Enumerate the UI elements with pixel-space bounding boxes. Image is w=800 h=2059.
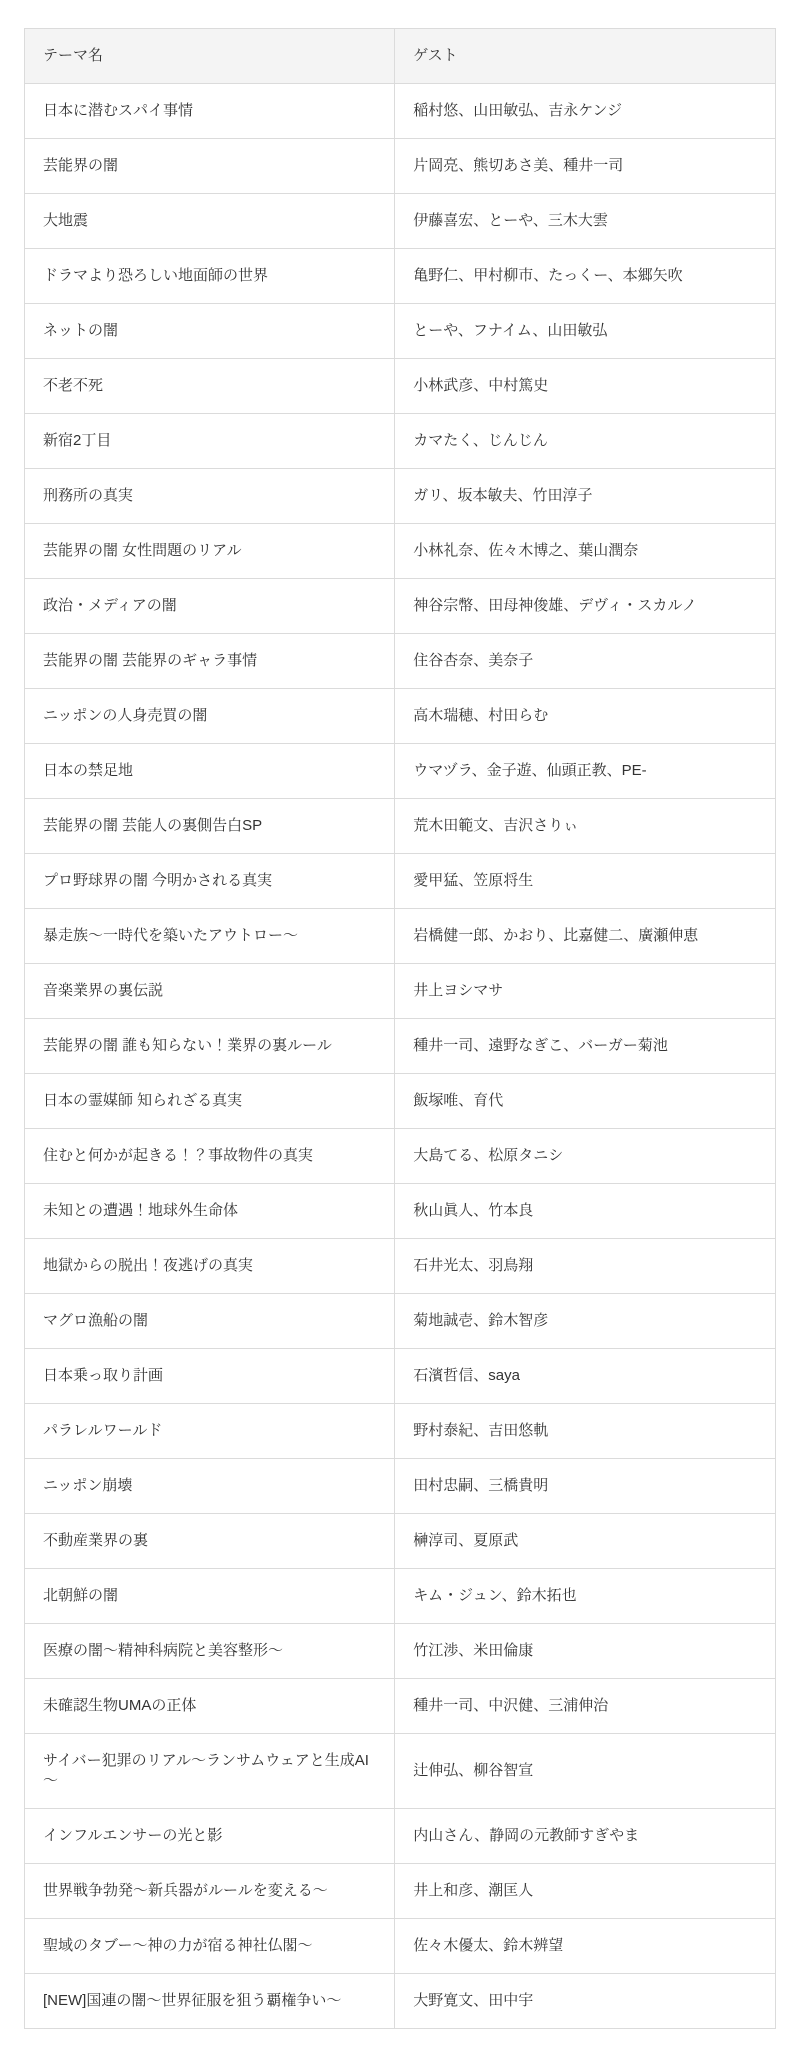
guest-cell: 飯塚唯、育代 [395, 1074, 776, 1129]
guest-cell: 大島てる、松原タニシ [395, 1129, 776, 1184]
guest-cell: 住谷杏奈、美奈子 [395, 634, 776, 689]
table-row: ニッポン崩壊 田村忠嗣、三橋貴明 [25, 1459, 776, 1514]
theme-cell: 日本に潜むスパイ事情 [25, 84, 395, 139]
guest-cell: とーや、フナイム、山田敏弘 [395, 304, 776, 359]
table-row: 聖域のタブー～神の力が宿る神社仏閣～ 佐々木優太、鈴木辨望 [25, 1919, 776, 1974]
table-container: テーマ名 ゲスト 日本に潜むスパイ事情 稲村悠、山田敏弘、吉永ケンジ 芸能界の闇… [0, 0, 800, 2059]
theme-cell: 聖域のタブー～神の力が宿る神社仏閣～ [25, 1919, 395, 1974]
guest-cell: 菊地誠壱、鈴木智彦 [395, 1294, 776, 1349]
guest-cell: 岩橋健一郎、かおり、比嘉健二、廣瀬伸恵 [395, 909, 776, 964]
guest-cell: 佐々木優太、鈴木辨望 [395, 1919, 776, 1974]
theme-cell: ドラマより恐ろしい地面師の世界 [25, 249, 395, 304]
table-row: 大地震 伊藤喜宏、とーや、三木大雲 [25, 194, 776, 249]
guest-cell: 辻伸弘、柳谷智宣 [395, 1734, 776, 1809]
theme-cell: 芸能界の闇 誰も知らない！業界の裏ルール [25, 1019, 395, 1074]
theme-cell: 日本の霊媒師 知られざる真実 [25, 1074, 395, 1129]
episode-table-header: テーマ名 ゲスト [25, 29, 776, 84]
table-row: インフルエンサーの光と影 内山さん、静岡の元教師すぎやま [25, 1809, 776, 1864]
theme-cell: 住むと何かが起きる！？事故物件の真実 [25, 1129, 395, 1184]
theme-cell: 未知との遭遇！地球外生命体 [25, 1184, 395, 1239]
guest-cell: 種井一司、遠野なぎこ、バーガー菊池 [395, 1019, 776, 1074]
guest-cell: 秋山眞人、竹本良 [395, 1184, 776, 1239]
guest-cell: 神谷宗幣、田母神俊雄、デヴィ・スカルノ [395, 579, 776, 634]
table-row: 世界戦争勃発～新兵器がルールを変える～ 井上和彦、潮匡人 [25, 1864, 776, 1919]
page: テーマ名 ゲスト 日本に潜むスパイ事情 稲村悠、山田敏弘、吉永ケンジ 芸能界の闇… [0, 0, 800, 2059]
guest-cell: 榊淳司、夏原武 [395, 1514, 776, 1569]
table-row: プロ野球界の闇 今明かされる真実 愛甲猛、笠原将生 [25, 854, 776, 909]
table-row: サイバー犯罪のリアル～ランサムウェアと生成AI～ 辻伸弘、柳谷智宣 [25, 1734, 776, 1809]
table-row: 不動産業界の裏 榊淳司、夏原武 [25, 1514, 776, 1569]
table-row: [NEW]国連の闇～世界征服を狙う覇権争い～ 大野寛文、田中宇 [25, 1974, 776, 2029]
guest-cell: 竹江渉、米田倫康 [395, 1624, 776, 1679]
table-row: 芸能界の闇 芸能人の裏側告白SP 荒木田範文、吉沢さりぃ [25, 799, 776, 854]
guest-cell: キム・ジュン、鈴木拓也 [395, 1569, 776, 1624]
table-row: 住むと何かが起きる！？事故物件の真実 大島てる、松原タニシ [25, 1129, 776, 1184]
table-row: 未確認生物UMAの正体 種井一司、中沢健、三浦伸治 [25, 1679, 776, 1734]
theme-cell: 日本乗っ取り計画 [25, 1349, 395, 1404]
theme-cell: ネットの闇 [25, 304, 395, 359]
table-row: 地獄からの脱出！夜逃げの真実 石井光太、羽鳥翔 [25, 1239, 776, 1294]
theme-cell: 世界戦争勃発～新兵器がルールを変える～ [25, 1864, 395, 1919]
theme-cell: プロ野球界の闇 今明かされる真実 [25, 854, 395, 909]
theme-cell: 芸能界の闇 芸能人の裏側告白SP [25, 799, 395, 854]
table-row: 未知との遭遇！地球外生命体 秋山眞人、竹本良 [25, 1184, 776, 1239]
guest-cell: ガリ、坂本敏夫、竹田淳子 [395, 469, 776, 524]
guest-cell: 高木瑞穂、村田らむ [395, 689, 776, 744]
theme-cell: 政治・メディアの闇 [25, 579, 395, 634]
theme-cell: 北朝鮮の闇 [25, 1569, 395, 1624]
guest-cell: 井上和彦、潮匡人 [395, 1864, 776, 1919]
table-row: 芸能界の闇 片岡亮、熊切あさ美、種井一司 [25, 139, 776, 194]
theme-cell: 芸能界の闇 [25, 139, 395, 194]
header-row: テーマ名 ゲスト [25, 29, 776, 84]
table-row: ニッポンの人身売買の闇 高木瑞穂、村田らむ [25, 689, 776, 744]
table-row: 政治・メディアの闇 神谷宗幣、田母神俊雄、デヴィ・スカルノ [25, 579, 776, 634]
table-row: 刑務所の真実 ガリ、坂本敏夫、竹田淳子 [25, 469, 776, 524]
episode-table-body: 日本に潜むスパイ事情 稲村悠、山田敏弘、吉永ケンジ 芸能界の闇 片岡亮、熊切あさ… [25, 84, 776, 2029]
guest-cell: 野村泰紀、吉田悠軌 [395, 1404, 776, 1459]
theme-cell: マグロ漁船の闇 [25, 1294, 395, 1349]
guest-cell: 井上ヨシマサ [395, 964, 776, 1019]
theme-cell: サイバー犯罪のリアル～ランサムウェアと生成AI～ [25, 1734, 395, 1809]
guest-cell: 大野寛文、田中宇 [395, 1974, 776, 2029]
guest-cell: 愛甲猛、笠原将生 [395, 854, 776, 909]
table-row: 音楽業界の裏伝説 井上ヨシマサ [25, 964, 776, 1019]
table-row: 日本乗っ取り計画 石濱哲信、saya [25, 1349, 776, 1404]
episode-table: テーマ名 ゲスト 日本に潜むスパイ事情 稲村悠、山田敏弘、吉永ケンジ 芸能界の闇… [24, 28, 776, 2029]
table-row: 日本の禁足地 ウマヅラ、金子遊、仙頭正教、PE- [25, 744, 776, 799]
theme-cell: 大地震 [25, 194, 395, 249]
guest-cell: 亀野仁、甲村柳市、たっくー、本郷矢吹 [395, 249, 776, 304]
theme-cell: 医療の闇～精神科病院と美容整形～ [25, 1624, 395, 1679]
theme-cell: 芸能界の闇 芸能界のギャラ事情 [25, 634, 395, 689]
guest-cell: カマたく、じんじん [395, 414, 776, 469]
theme-cell: 不動産業界の裏 [25, 1514, 395, 1569]
theme-cell: 音楽業界の裏伝説 [25, 964, 395, 1019]
column-header-theme: テーマ名 [25, 29, 395, 84]
guest-cell: 荒木田範文、吉沢さりぃ [395, 799, 776, 854]
theme-cell: ニッポン崩壊 [25, 1459, 395, 1514]
guest-cell: 石井光太、羽鳥翔 [395, 1239, 776, 1294]
theme-cell: 暴走族～一時代を築いたアウトロー～ [25, 909, 395, 964]
guest-cell: 片岡亮、熊切あさ美、種井一司 [395, 139, 776, 194]
theme-cell: 未確認生物UMAの正体 [25, 1679, 395, 1734]
table-row: 医療の闇～精神科病院と美容整形～ 竹江渉、米田倫康 [25, 1624, 776, 1679]
theme-cell: 芸能界の闇 女性問題のリアル [25, 524, 395, 579]
column-header-guest: ゲスト [395, 29, 776, 84]
guest-cell: 小林武彦、中村篤史 [395, 359, 776, 414]
table-row: 不老不死 小林武彦、中村篤史 [25, 359, 776, 414]
table-row: 日本の霊媒師 知られざる真実 飯塚唯、育代 [25, 1074, 776, 1129]
guest-cell: 内山さん、静岡の元教師すぎやま [395, 1809, 776, 1864]
table-row: ネットの闇 とーや、フナイム、山田敏弘 [25, 304, 776, 359]
guest-cell: 伊藤喜宏、とーや、三木大雲 [395, 194, 776, 249]
theme-cell: 地獄からの脱出！夜逃げの真実 [25, 1239, 395, 1294]
table-row: パラレルワールド 野村泰紀、吉田悠軌 [25, 1404, 776, 1459]
table-row: 芸能界の闇 女性問題のリアル 小林礼奈、佐々木博之、葉山潤奈 [25, 524, 776, 579]
theme-cell: 新宿2丁目 [25, 414, 395, 469]
table-row: ドラマより恐ろしい地面師の世界 亀野仁、甲村柳市、たっくー、本郷矢吹 [25, 249, 776, 304]
guest-cell: 石濱哲信、saya [395, 1349, 776, 1404]
table-row: 日本に潜むスパイ事情 稲村悠、山田敏弘、吉永ケンジ [25, 84, 776, 139]
guest-cell: 田村忠嗣、三橋貴明 [395, 1459, 776, 1514]
table-row: 芸能界の闇 誰も知らない！業界の裏ルール 種井一司、遠野なぎこ、バーガー菊池 [25, 1019, 776, 1074]
theme-cell: パラレルワールド [25, 1404, 395, 1459]
table-row: 北朝鮮の闇 キム・ジュン、鈴木拓也 [25, 1569, 776, 1624]
theme-cell: 刑務所の真実 [25, 469, 395, 524]
theme-cell: ニッポンの人身売買の闇 [25, 689, 395, 744]
table-row: マグロ漁船の闇 菊地誠壱、鈴木智彦 [25, 1294, 776, 1349]
guest-cell: 稲村悠、山田敏弘、吉永ケンジ [395, 84, 776, 139]
theme-cell: 日本の禁足地 [25, 744, 395, 799]
theme-cell: 不老不死 [25, 359, 395, 414]
guest-cell: 小林礼奈、佐々木博之、葉山潤奈 [395, 524, 776, 579]
guest-cell: 種井一司、中沢健、三浦伸治 [395, 1679, 776, 1734]
table-row: 暴走族～一時代を築いたアウトロー～ 岩橋健一郎、かおり、比嘉健二、廣瀬伸恵 [25, 909, 776, 964]
theme-cell: [NEW]国連の闇～世界征服を狙う覇権争い～ [25, 1974, 395, 2029]
table-row: 芸能界の闇 芸能界のギャラ事情 住谷杏奈、美奈子 [25, 634, 776, 689]
guest-cell: ウマヅラ、金子遊、仙頭正教、PE- [395, 744, 776, 799]
table-row: 新宿2丁目 カマたく、じんじん [25, 414, 776, 469]
theme-cell: インフルエンサーの光と影 [25, 1809, 395, 1864]
